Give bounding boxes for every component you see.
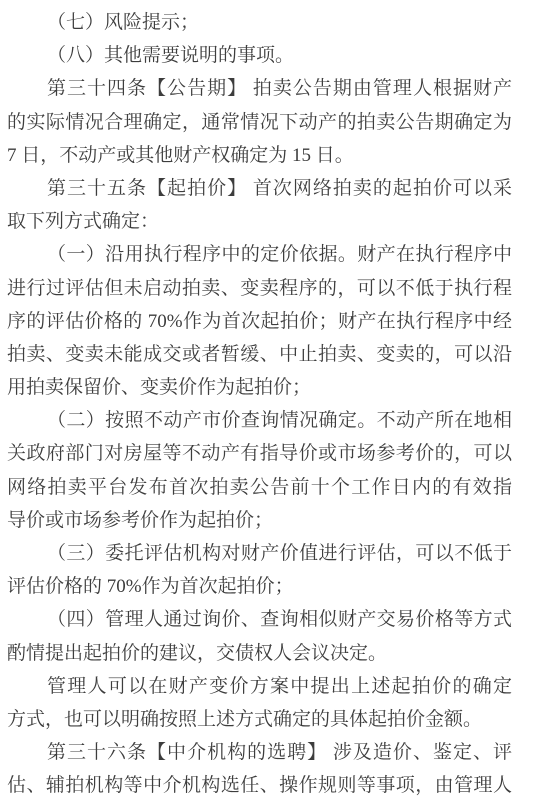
text-line: 管理人可以在财产变价方案中提出上述起拍价的确定 (7, 670, 512, 703)
text-line: 评估价格的 70%作为首次起拍价； (7, 570, 512, 603)
text-line: 取下列方式确定： (7, 205, 512, 238)
text-line: 方式，也可以明确按照上述方式确定的具体起拍价金额。 (7, 703, 512, 736)
text-line: 用拍卖保留价、变卖价作为起拍价； (7, 371, 512, 404)
text-line: 序的评估价格的 70%作为首次起拍价；财产在执行程序中经 (7, 305, 512, 338)
text-line: 第三十五条【起拍价】 首次网络拍卖的起拍价可以采 (7, 172, 512, 205)
text-line: （一）沿用执行程序中的定价依据。财产在执行程序中 (7, 238, 512, 271)
text-line: 进行过评估但未启动拍卖、变卖程序的，可以不低于执行程 (7, 272, 512, 305)
text-line: 网络拍卖平台发布首次拍卖公告前十个工作日内的有效指 (7, 471, 512, 504)
text-line: （四）管理人通过询价、查询相似财产交易价格等方式 (7, 603, 512, 636)
text-line: 拍卖、变卖未能成交或者暂缓、中止拍卖、变卖的，可以沿 (7, 338, 512, 371)
text-line: 估、辅拍机构等中介机构选任、操作规则等事项，由管理人 (7, 769, 512, 802)
text-line: 关政府部门对房屋等不动产有指导价或市场参考价的，可以 (7, 437, 512, 470)
text-line: 的实际情况合理确定，通常情况下动产的拍卖公告期确定为 (7, 106, 512, 139)
document-page: （七）风险提示；（八）其他需要说明的事项。第三十四条【公告期】 拍卖公告期由管理… (0, 0, 556, 804)
text-line: 酌情提出起拍价的建议，交债权人会议决定。 (7, 637, 512, 670)
text-line: （三）委托评估机构对财产价值进行评估，可以不低于 (7, 537, 512, 570)
text-line: （八）其他需要说明的事项。 (7, 39, 512, 72)
text-line: （七）风险提示； (7, 6, 512, 39)
text-line: 7 日，不动产或其他财产权确定为 15 日。 (7, 139, 512, 172)
text-line: 导价或市场参考价作为起拍价； (7, 504, 512, 537)
text-line: 第三十六条【中介机构的选聘】 涉及造价、鉴定、评 (7, 736, 512, 769)
text-line: 第三十四条【公告期】 拍卖公告期由管理人根据财产 (7, 72, 512, 105)
text-line: （二）按照不动产市价查询情况确定。不动产所在地相 (7, 404, 512, 437)
document-text-body: （七）风险提示；（八）其他需要说明的事项。第三十四条【公告期】 拍卖公告期由管理… (7, 6, 512, 803)
